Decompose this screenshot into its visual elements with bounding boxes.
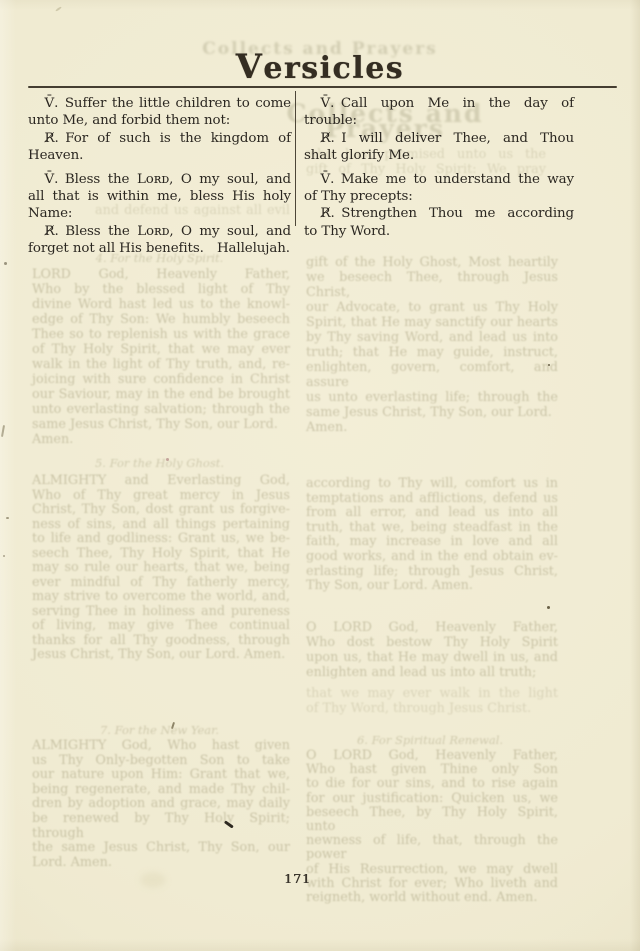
- text-line: V̄. Make me to understand the way: [304, 171, 574, 188]
- text-line: trouble:: [304, 112, 574, 129]
- text-line: Lord. Amen.: [32, 856, 290, 871]
- text-line: us Thy Only-begotten Son to take: [32, 754, 290, 769]
- ghost-caption: 5. For the Holy Ghost.: [32, 456, 287, 471]
- text-line: unto everlasting salvation; through the: [32, 402, 290, 417]
- text-line: shalt glorify Me.: [304, 147, 574, 164]
- text-line: ALMIGHTY God, Who hast given: [32, 739, 290, 754]
- text-line: gift of the Holy Ghost, Most heartily: [306, 255, 558, 270]
- text-line: Heaven.: [28, 147, 291, 164]
- text-line: may strive to overcome the world, and,: [32, 590, 290, 605]
- text-line: to Thy Word.: [304, 223, 574, 240]
- text-line: good works, and in the end obtain ev-: [306, 550, 558, 565]
- text-line: R̸. Bless the Lᴏʀᴅ, O my soul, and: [28, 223, 291, 240]
- text-line: of Thy precepts:: [304, 188, 574, 205]
- text-line: with Christ for ever; Who liveth and: [306, 877, 558, 891]
- paper-speck: [166, 458, 169, 461]
- text-line: our Advocate, to grant us Thy Holy: [306, 300, 558, 315]
- text-line: faith, may increase in love and all: [306, 535, 558, 550]
- text-line: Spirit, that He may sanctify our hearts: [306, 315, 558, 330]
- text-line: temptations and afflictions, defend us: [306, 492, 558, 507]
- text-line: O LORD God, Heavenly Father,: [306, 620, 558, 635]
- text-line: newness of life, that, through the power: [306, 834, 558, 862]
- text-line: truth, that we, being steadfast in the: [306, 521, 558, 536]
- text-line: ever mindful of Thy fatherly mercy,: [32, 576, 290, 591]
- text-line: from all error, and lead us into all: [306, 506, 558, 521]
- text-line: joicing with sure confidence in Christ: [32, 372, 290, 387]
- text-line: O LORD God, Heavenly Father,: [306, 749, 558, 763]
- book-page-scan: Collects and Prayers Collects and Prayer…: [0, 0, 640, 951]
- text-line: Thee so to replenish us with the grace: [32, 327, 290, 342]
- text-line: of His Resurrection, we may dwell: [306, 863, 558, 877]
- text-line: Amen.: [32, 432, 290, 447]
- text-line: R̸. For of such is the kingdom of: [28, 130, 291, 147]
- ink-speck: [1, 425, 5, 437]
- versicle-paragraph: V̄. Call upon Me in the day oftrouble: R…: [304, 95, 574, 164]
- ghost-paragraph: that we may ever walk in the lightof Thy…: [306, 686, 558, 716]
- text-line: V̄. Bless the Lᴏʀᴅ, O my soul, and: [28, 171, 291, 188]
- text-line: edge of Thy Son: We humbly beseech: [32, 312, 290, 327]
- text-line: our Saviour, may in the end be brought: [32, 387, 290, 402]
- text-line: thanks for all Thy goodness, through: [32, 634, 290, 649]
- text-line: may so rule our hearts, that we, being: [32, 561, 290, 576]
- text-line: Christ, Thy Son, dost grant us forgive-: [32, 503, 290, 518]
- title-rule: [28, 86, 617, 88]
- paper-stain: [140, 872, 166, 888]
- ink-speck: [547, 606, 550, 609]
- text-line: for our justification: Quicken us, we: [306, 792, 558, 806]
- text-line: upon us, that He may dwell in us, and: [306, 650, 558, 665]
- text-line: beseech Thee, by Thy Holy Spirit, unto: [306, 806, 558, 834]
- text-line: Jesus Christ, Thy Son, our Lord. Amen.: [32, 648, 290, 663]
- text-line: Who by the blessed light of Thy: [32, 282, 290, 297]
- ghost-caption: 6. For Spiritual Renewal.: [310, 733, 550, 748]
- ink-speck: [3, 555, 5, 557]
- text-line: Amen.: [306, 420, 558, 435]
- versicle-paragraph: V̄. Suffer the little children to comeun…: [28, 95, 291, 164]
- page-number: 171: [284, 871, 311, 886]
- ghost-paragraph: ALMIGHTY God, Who hast givenus Thy Only-…: [32, 739, 290, 870]
- paper-scratch: [55, 6, 62, 12]
- text-line: divine Word hast led us to the knowl-: [32, 297, 290, 312]
- text-line: that we may ever walk in the light: [306, 686, 558, 701]
- ghost-paragraph: O LORD God, Heavenly Father,Who hast giv…: [306, 749, 558, 905]
- ink-speck: [6, 517, 9, 519]
- text-line: enlighten and lead us into all truth;: [306, 665, 558, 680]
- text-line: serving Thee in holiness and pureness: [32, 605, 290, 620]
- ghost-paragraph: O LORD God, Heavenly Father,Who dost bes…: [306, 620, 558, 680]
- text-line: same Jesus Christ, Thy Son, our Lord.: [32, 417, 290, 432]
- text-line: we beseech Thee, through Jesus Christ,: [306, 270, 558, 300]
- ghost-caption: 7. For the New Year.: [32, 723, 287, 738]
- text-line: Who hast given Thine only Son: [306, 763, 558, 777]
- text-line: according to Thy will, comfort us in: [306, 477, 558, 492]
- text-line: V̄. Call upon Me in the day of: [304, 95, 574, 112]
- text-line: reigneth, world without end. Amen.: [306, 891, 558, 905]
- text-line: ness of sins, and all things pertaining: [32, 518, 290, 533]
- page-title: Versicles: [0, 46, 640, 86]
- text-line: truth; that He may guide, instruct,: [306, 345, 558, 360]
- ghost-paragraph: LORD God, Heavenly Father,Who by the ble…: [32, 267, 290, 447]
- text-line: us unto everlasting life; through the: [306, 390, 558, 405]
- text-line: Thy Son, our Lord. Amen.: [306, 579, 558, 594]
- text-line: seech Thee, Thy Holy Spirit, that He: [32, 547, 290, 562]
- text-line: R̸. I will deliver Thee, and Thou: [304, 130, 574, 147]
- text-line: of living, may give Thee continual: [32, 619, 290, 634]
- text-line: Who of Thy great mercy in Jesus: [32, 489, 290, 504]
- text-line: forget not all His benefits. Hallelujah.: [28, 240, 291, 257]
- text-line: walk in the light of Thy truth, and, re-: [32, 357, 290, 372]
- text-line: be renewed by Thy Holy Spirit; through: [32, 812, 290, 841]
- text-line: the same Jesus Christ, Thy Son, our: [32, 841, 290, 856]
- text-line: erlasting life; through Jesus Christ,: [306, 565, 558, 580]
- text-line: of Thy Word, through Jesus Christ.: [306, 701, 558, 716]
- text-line: enlighten, govern, comfort, and assure: [306, 360, 558, 390]
- ghost-paragraph: gift of the Holy Ghost, Most heartilywe …: [306, 255, 558, 435]
- text-line: our nature upon Him: Grant that we,: [32, 768, 290, 783]
- column-divider: [295, 91, 296, 226]
- text-line: being regenerate, and made Thy chil-: [32, 783, 290, 798]
- versicle-paragraph: V̄. Bless the Lᴏʀᴅ, O my soul, andall th…: [28, 171, 291, 257]
- text-line: LORD God, Heavenly Father,: [32, 267, 290, 282]
- right-column: V̄. Call upon Me in the day oftrouble: R…: [304, 95, 574, 240]
- text-line: ALMIGHTY and Everlasting God,: [32, 474, 290, 489]
- text-line: all that is within me, bless His holy: [28, 188, 291, 205]
- text-line: dren by adoption and grace, may daily: [32, 797, 290, 812]
- ink-speck: [548, 364, 550, 366]
- text-line: of Thy Holy Spirit, that we may ever: [32, 342, 290, 357]
- text-line: to life and godliness: Grant us, we be-: [32, 532, 290, 547]
- text-line: by Thy saving Word, and lead us into: [306, 330, 558, 345]
- text-line: Who dost bestow Thy Holy Spirit: [306, 635, 558, 650]
- text-line: V̄. Suffer the little children to come: [28, 95, 291, 112]
- ghost-paragraph: ALMIGHTY and Everlasting God,Who of Thy …: [32, 474, 290, 663]
- versicle-paragraph: V̄. Make me to understand the wayof Thy …: [304, 171, 574, 240]
- text-line: R̸. Strengthen Thou me according: [304, 205, 574, 222]
- left-column: V̄. Suffer the little children to comeun…: [28, 95, 291, 257]
- text-line: Name:: [28, 205, 291, 222]
- text-line: same Jesus Christ, Thy Son, our Lord.: [306, 405, 558, 420]
- text-line: unto Me, and forbid them not:: [28, 112, 291, 129]
- text-line: to die for our sins, and to rise again: [306, 777, 558, 791]
- ink-speck: [4, 262, 7, 265]
- ghost-paragraph: according to Thy will, comfort us intemp…: [306, 477, 558, 594]
